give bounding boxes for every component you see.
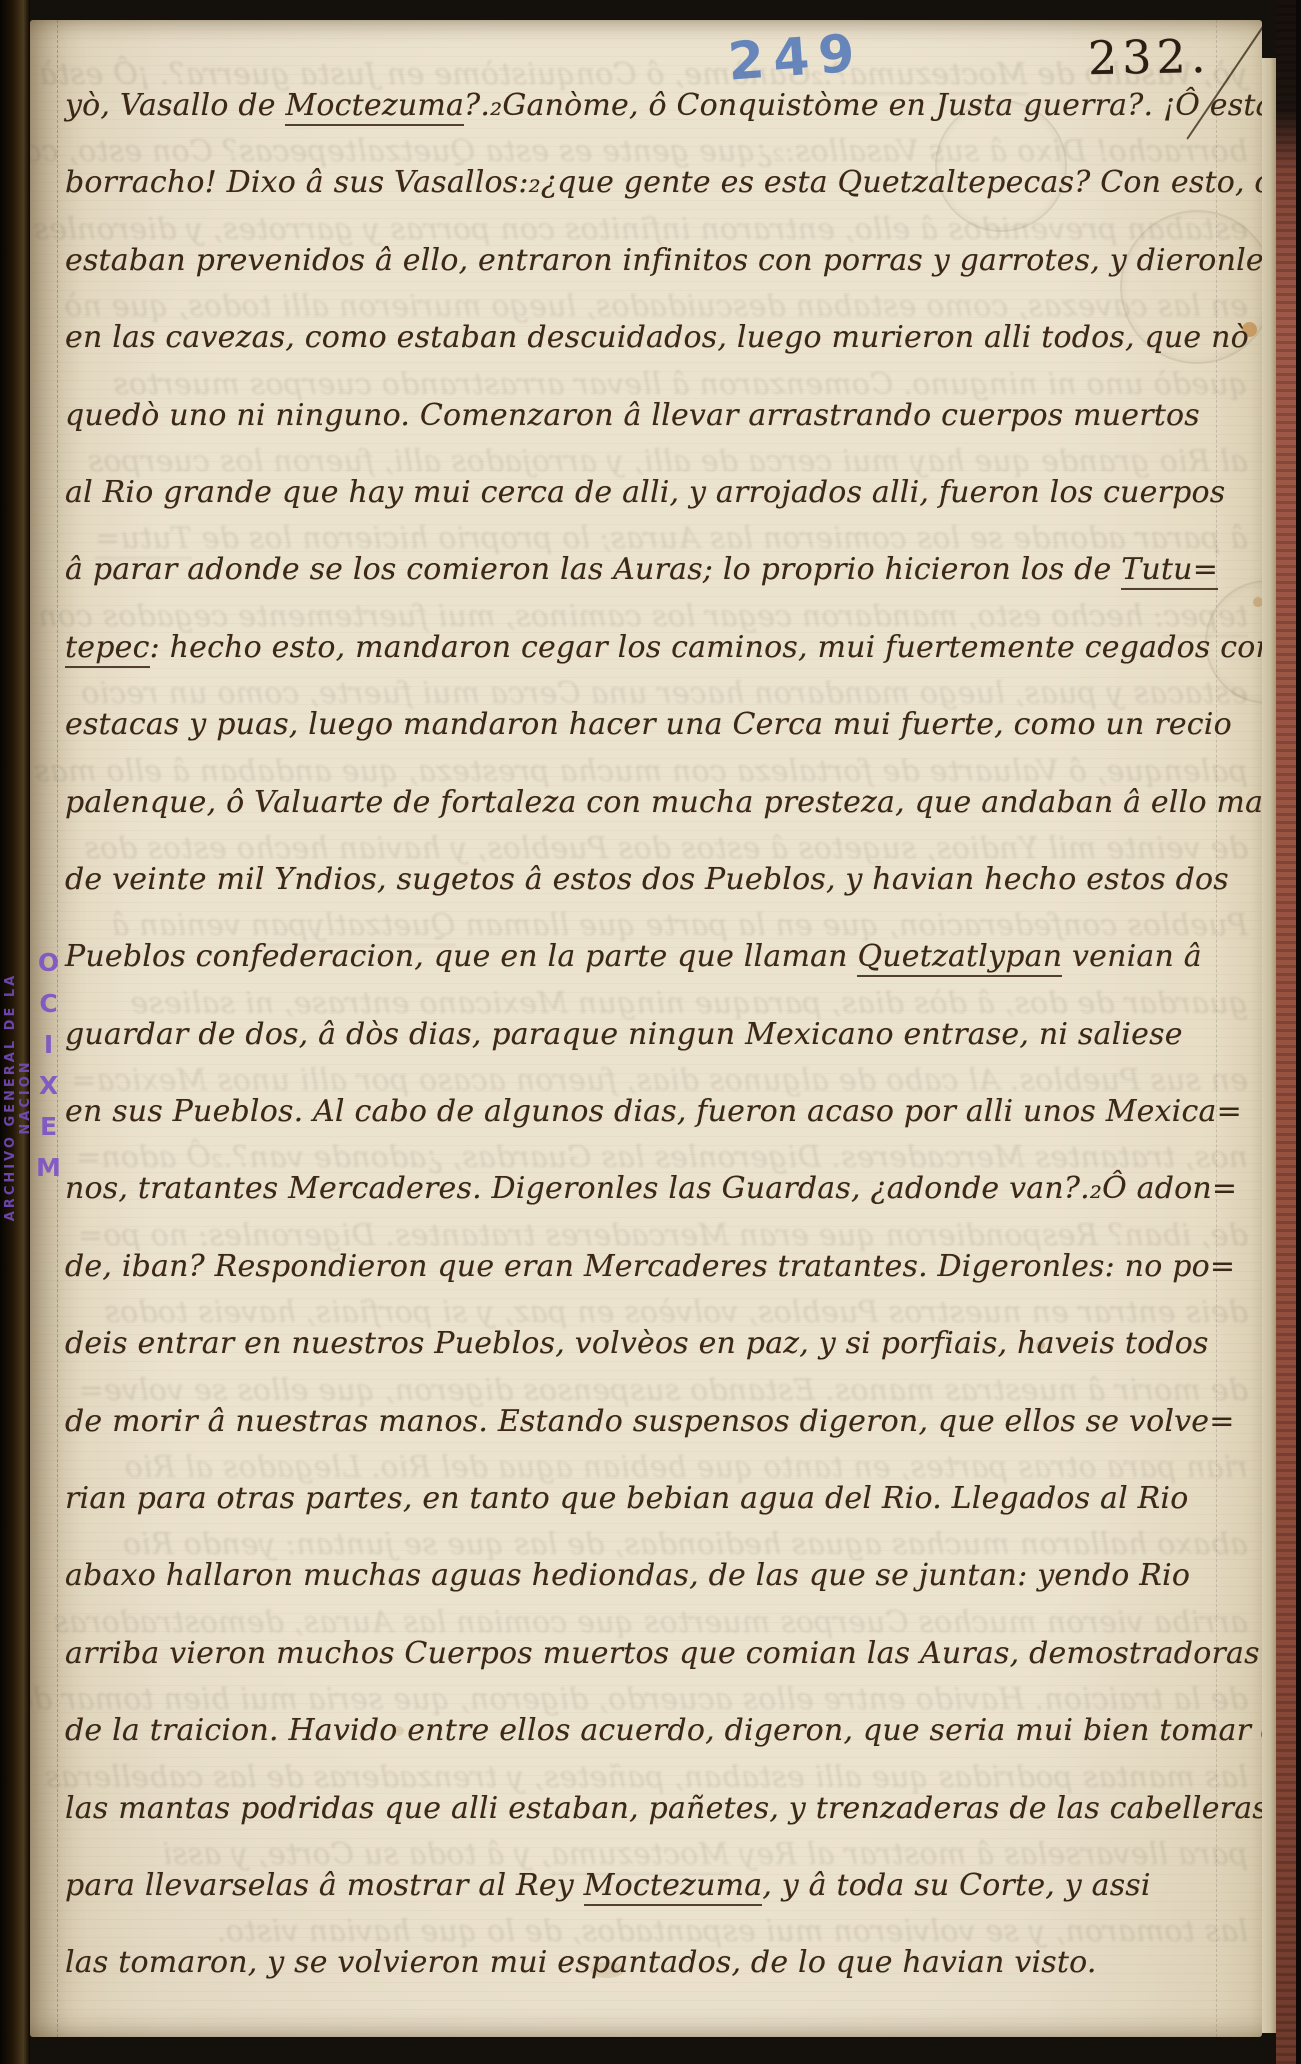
manuscript-line: para llevarselas â mostrar al Rey Moctez… — [65, 1847, 1225, 1924]
manuscript-line: deis entrar en nuestros Pueblos, volvèos… — [65, 1305, 1225, 1382]
manuscript-line: de morir â nuestras manos. Estando suspe… — [65, 1383, 1225, 1460]
manuscript-line: arriba vieron muchos Cuerpos muertos que… — [65, 1615, 1225, 1692]
manuscript-line: en las cavezas, como estaban descuidados… — [65, 299, 1225, 376]
stain — [1253, 597, 1262, 607]
manuscript-line: de la traicion. Havido entre ellos acuer… — [65, 1692, 1225, 1769]
text-block: yò, Vasallo de Moctezuma?.₂Ganòme, ô Con… — [65, 67, 1225, 2002]
manuscript-line: de veinte mil Yndios, sugetos â estos do… — [65, 841, 1225, 918]
manuscript-line: de, iban? Respondieron que eran Mercader… — [65, 1228, 1225, 1305]
manuscript-line: quedò uno ni ninguno. Comenzaron â lleva… — [65, 377, 1225, 454]
manuscript-line: â parar adonde se los comieron las Auras… — [65, 531, 1225, 608]
manuscript-scan: yò, Vasallo de Moctezuma?.₂Ganòme, ô Con… — [0, 0, 1301, 2064]
manuscript-line: tepec: hecho esto, mandaron cegar los ca… — [65, 609, 1225, 686]
manuscript-line: Pueblos confederacion, que en la parte q… — [65, 918, 1225, 995]
manuscript-line: las mantas podridas que alli estaban, pa… — [65, 1770, 1225, 1847]
manuscript-line: estaban prevenidos â ello, entraron infi… — [65, 222, 1225, 299]
manuscript-line: guardar de dos, â dòs dias, paraque ning… — [65, 996, 1225, 1073]
manuscript-line: yò, Vasallo de Moctezuma?.₂Ganòme, ô Con… — [65, 67, 1225, 144]
manuscript-line: abaxo hallaron muchas aguas hediondas, d… — [65, 1537, 1225, 1614]
manuscript-line: las tomaron, y se volvieron mui espantad… — [65, 1924, 1225, 2001]
manuscript-line: rian para otras partes, en tanto que beb… — [65, 1460, 1225, 1537]
manuscript-line: estacas y puas, luego mandaron hacer una… — [65, 686, 1225, 763]
manuscript-line: borracho! Dixo â sus Vasallos:₂¿que gent… — [65, 144, 1225, 221]
manuscript-line: nos, tratantes Mercaderes. Digeronles la… — [65, 1150, 1225, 1227]
archive-stamp-mexico: OCIXEM — [34, 948, 63, 1258]
archive-stamp-text: ARCHIVO GENERAL DE LA NACION — [3, 947, 33, 1247]
book-edge-shadow — [1296, 0, 1301, 2064]
manuscript-line: al Rio grande que hay mui cerca de alli,… — [65, 454, 1225, 531]
manuscript-line: en sus Pueblos. Al cabo de algunos dias,… — [65, 1073, 1225, 1150]
manuscript-page: yò, Vasallo de Moctezuma?.₂Ganòme, ô Con… — [30, 20, 1262, 2037]
page-edge — [1262, 58, 1277, 2033]
manuscript-line: palenque, ô Valuarte de fortaleza con mu… — [65, 764, 1225, 841]
